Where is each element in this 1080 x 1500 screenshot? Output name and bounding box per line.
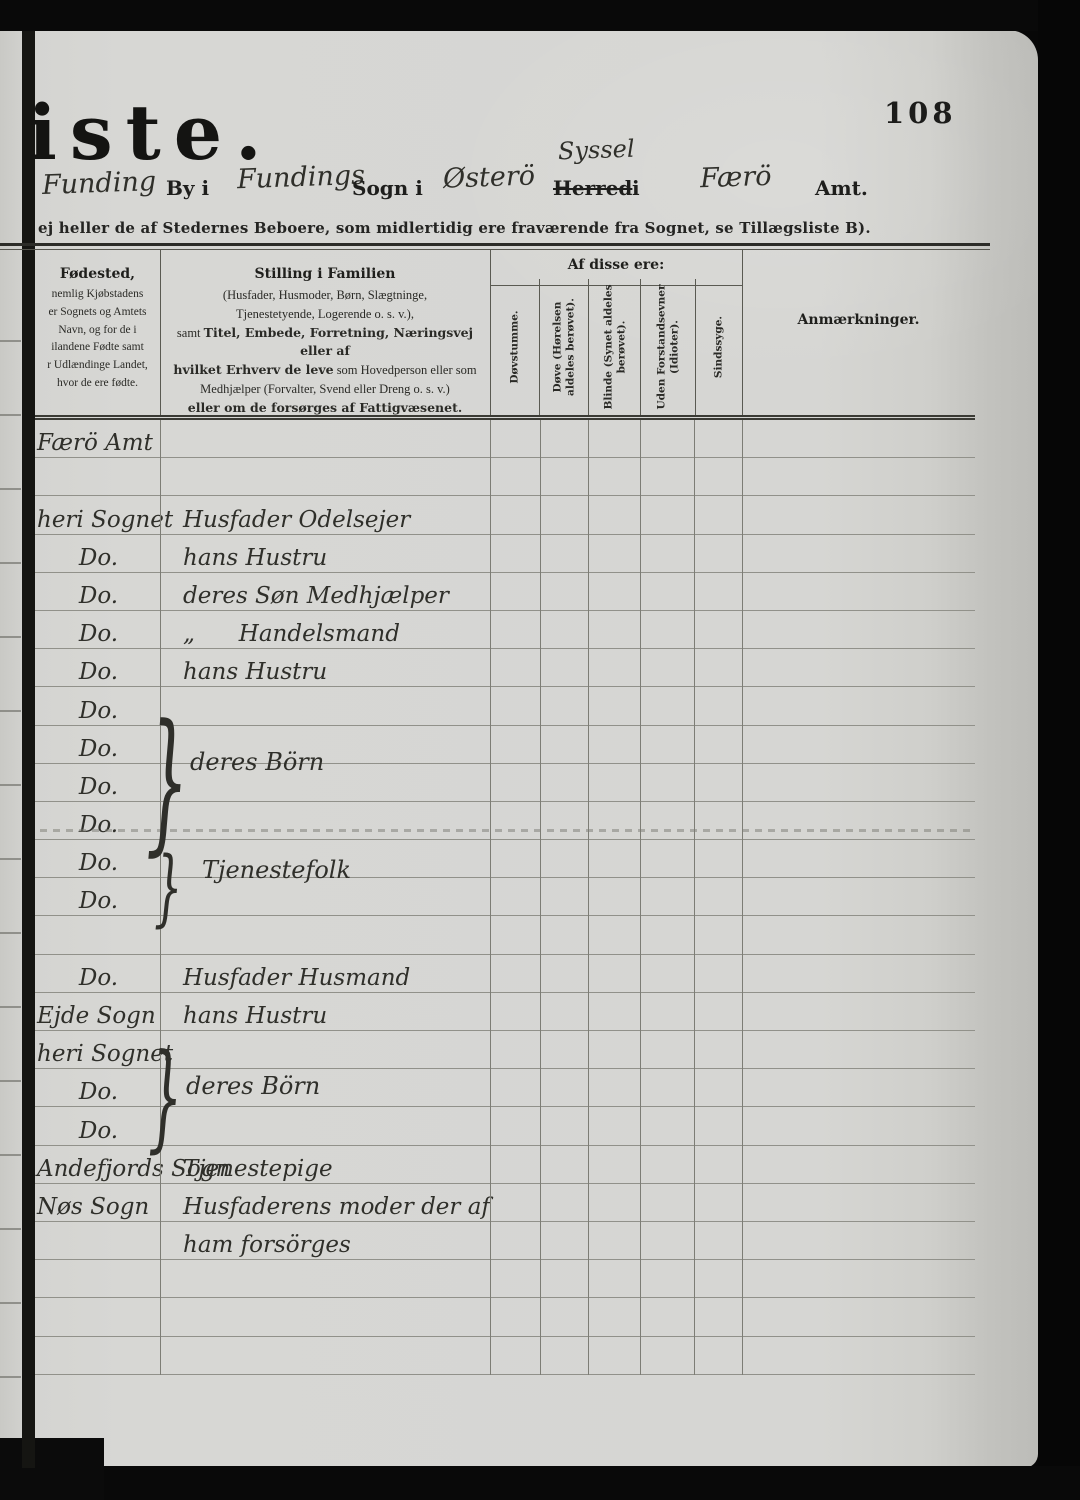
column-header-group: Af disse ere: Døvstumme. Døve (Hørelsen … <box>490 250 743 415</box>
remarks-title: Anmærkninger. <box>742 312 975 328</box>
scan-edge-bottom <box>0 1466 1080 1500</box>
table-row <box>35 458 975 496</box>
position-cell: Husfaderens moder der af <box>183 1194 490 1220</box>
subcolumn-label: Uden Forstandsevner (Idioter). <box>655 283 680 411</box>
birthplace-cell: Andefjords Sogn <box>37 1156 160 1182</box>
position-line: eller om de forsørges af Fattigvæsenet. <box>160 399 490 418</box>
margin-tick <box>0 858 21 860</box>
scan-edge-right <box>1038 0 1080 1500</box>
birthplace-cell: Do. <box>37 812 160 838</box>
herred-label-struck: Herred <box>553 176 632 200</box>
birthplace-cell: Do. <box>37 698 160 724</box>
birthplace-line: r Udlændinge Landet, <box>35 357 160 375</box>
position-line: Medhjælper (Forvalter, Svend eller Dreng… <box>160 380 490 399</box>
table-row: Do.deres Søn Medhjælper <box>35 573 975 611</box>
brace-children-group1: } <box>146 706 189 859</box>
position-cell: hans Hustru <box>183 659 327 685</box>
scan-edge-bottom-left <box>0 1438 104 1500</box>
table-vline <box>540 420 541 1375</box>
birthplace-line: Navn, og for de i <box>35 322 160 340</box>
table-top-rule <box>0 243 990 246</box>
subcolumn-deaf-mute: Døvstumme. <box>490 279 540 415</box>
table-row <box>35 1337 975 1375</box>
margin-tick <box>0 1376 21 1378</box>
birthplace-cell: Ejde Sogn <box>37 1003 160 1029</box>
table-row: Do.„ Handelsmand <box>35 611 975 649</box>
birthplace-line: ilandene Fødte samt <box>35 339 160 357</box>
brace-servants-group: } <box>154 846 182 930</box>
subtitle-note: ej heller de af Stedernes Beboere, som m… <box>38 219 871 237</box>
table-row: heri SognetHusfader Odelsejer <box>35 496 975 534</box>
page-number: 108 <box>884 96 957 130</box>
birthplace-cell: Do. <box>37 1118 160 1144</box>
subcolumn-label: Døvstumme. <box>508 283 521 411</box>
birthplace-cell: Do. <box>37 850 160 876</box>
subcolumn-insane: Sindssyge. <box>696 279 742 415</box>
position-cell: Husfader Husmand <box>183 965 410 991</box>
birthplace-line: nemlig Kjøbstadens <box>35 286 160 304</box>
amt-value-handwriting: Færö <box>699 161 771 194</box>
brace-label-children-group1: deres Börn <box>190 748 324 776</box>
position-cell: Tjenestepige <box>183 1156 333 1182</box>
position-cell: ham forsörges <box>183 1232 351 1258</box>
margin-tick <box>0 562 21 564</box>
subcolumn-label: Blinde (Synet aldeles berøvet). <box>602 283 627 411</box>
position-cell: deres Søn Medhjælper <box>183 583 449 609</box>
syssel-overwrite-handwriting: Syssel <box>558 135 635 166</box>
group-title: Af disse ere: <box>490 257 742 273</box>
table-row <box>35 1260 975 1298</box>
scan-edge-top <box>0 0 1080 31</box>
birthplace-cell: Færö Amt <box>37 430 160 456</box>
birthplace-line: hvor de ere fødte. <box>35 375 160 393</box>
margin-tick <box>0 636 21 638</box>
column-header-birthplace: Fødested, nemlig Kjøbstadens er Sognets … <box>35 250 161 415</box>
birthplace-cell: Do. <box>37 736 160 762</box>
position-title: Stilling i Familien <box>160 266 490 282</box>
table-row: Do.hans Hustru <box>35 535 975 573</box>
table-row: Færö Amt <box>35 420 975 458</box>
table-vline <box>640 420 641 1375</box>
margin-tick <box>0 488 21 490</box>
brace-label-servants-group: Tjenestefolk <box>202 856 351 884</box>
subcolumn-idiots: Uden Forstandsevner (Idioter). <box>641 279 695 415</box>
table-vline <box>694 420 695 1375</box>
birthplace-cell: heri Sognet <box>37 507 160 533</box>
table-row: Nøs SognHusfaderens moder der af <box>35 1184 975 1222</box>
birthplace-cell: Do. <box>37 1079 160 1105</box>
column-header-remarks: Anmærkninger. <box>742 250 975 415</box>
birthplace-cell: Do. <box>37 621 160 647</box>
margin-tick <box>0 1154 21 1156</box>
subcolumn-blind: Blinde (Synet aldeles berøvet). <box>589 279 641 415</box>
birthplace-title: Fødested, <box>35 266 160 282</box>
margin-tick <box>0 340 21 342</box>
amt-label: Amt. <box>815 176 868 200</box>
position-line: hvilket Erhverv de leve som Hovedperson … <box>160 361 490 380</box>
sogn-label: Sogn i <box>352 176 423 200</box>
herred-i-label: i <box>632 176 640 200</box>
table-vline <box>742 420 743 1375</box>
birthplace-cell: Do. <box>37 545 160 571</box>
subcolumn-label: Døve (Hørelsen aldeles berøvet). <box>552 283 577 411</box>
margin-tick <box>0 1228 21 1230</box>
brace-children-group2: } <box>148 1040 182 1156</box>
sogn-value-handwriting: Fundings <box>236 160 365 195</box>
birthplace-cell: Do. <box>37 774 160 800</box>
position-cell: Husfader Odelsejer <box>183 507 410 533</box>
margin-tick <box>0 710 21 712</box>
position-line: (Husfader, Husmoder, Børn, Slægtninge, <box>160 286 490 305</box>
book-spine-line <box>22 31 35 1468</box>
birthplace-cell: heri Sognet <box>37 1041 160 1067</box>
birthplace-cell: Do. <box>37 659 160 685</box>
by-value-handwriting: Funding <box>41 166 156 201</box>
margin-tick <box>0 932 21 934</box>
position-cell: hans Hustru <box>183 1003 327 1029</box>
position-line: samt Titel, Embede, Forretning, Næringsv… <box>160 324 490 362</box>
birthplace-line: er Sognets og Amtets <box>35 304 160 322</box>
birthplace-cell: Do. <box>37 583 160 609</box>
table-row: Do.Husfader Husmand <box>35 955 975 993</box>
margin-tick <box>0 1080 21 1082</box>
by-label: By i <box>166 176 209 200</box>
table-row <box>35 1298 975 1336</box>
birthplace-cell: Do. <box>37 888 160 914</box>
margin-tick <box>0 414 21 416</box>
position-cell: „ Handelsmand <box>183 621 400 647</box>
birthplace-cell: Do. <box>37 965 160 991</box>
brace-label-children-group2: deres Börn <box>186 1072 320 1100</box>
herred-value-handwriting: Østerö <box>442 160 535 194</box>
table-row: ham forsörges <box>35 1222 975 1260</box>
table-vline <box>588 420 589 1375</box>
margin-tick <box>0 1006 21 1008</box>
margin-tick <box>0 784 21 786</box>
position-line: Tjenestetyende, Logerende o. s. v.), <box>160 305 490 324</box>
table-row: Ejde Sognhans Hustru <box>35 993 975 1031</box>
table-vline <box>490 420 491 1375</box>
margin-tick <box>0 1302 21 1304</box>
column-header-position: Stilling i Familien (Husfader, Husmoder,… <box>160 250 491 415</box>
subcolumn-deaf: Døve (Hørelsen aldeles berøvet). <box>540 279 588 415</box>
table-row: Do.hans Hustru <box>35 649 975 687</box>
birthplace-cell: Nøs Sogn <box>37 1194 160 1220</box>
position-cell: hans Hustru <box>183 545 327 571</box>
table-header: Fødested, nemlig Kjøbstadens er Sognets … <box>35 250 975 420</box>
subcolumn-label: Sindssyge. <box>712 283 725 411</box>
